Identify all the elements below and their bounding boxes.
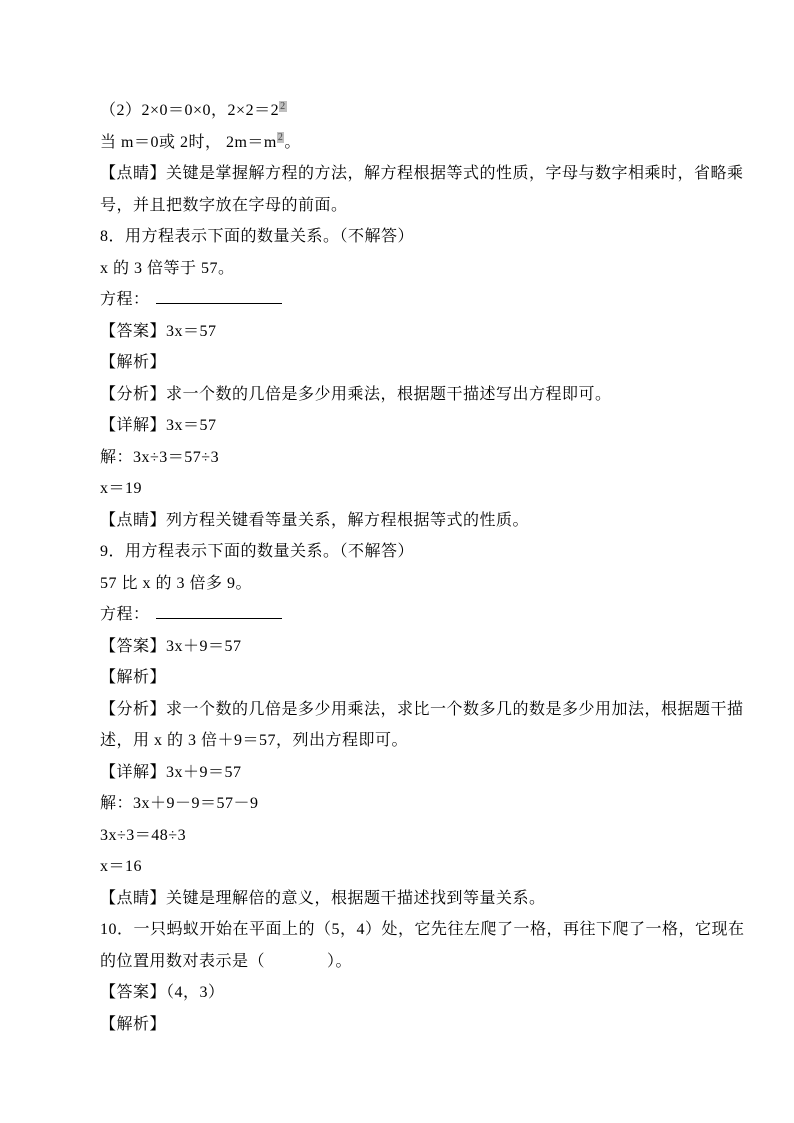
dianjing-note-line-1: 【点睛】关键是掌握解方程的方法，解方程根据等式的性质，字母与数字相乘时，省略乘	[100, 158, 700, 190]
question-9-solution-result: x＝16	[100, 851, 700, 883]
question-8-fenxi: 【分析】求一个数的几倍是多少用乘法，根据题干描述写出方程即可。	[100, 379, 700, 411]
equation-label: 方程：	[100, 606, 150, 623]
document-page: （2）2×0＝0×0，2×2＝22 当 m＝0或 2时， 2m＝m2。 【点睛】…	[100, 95, 700, 1040]
question-10-text-pre: 的位置用数对表示是（	[100, 953, 265, 970]
question-9-solution-step-1: 解：3x＋9－9＝57－9	[100, 788, 700, 820]
question-9-statement: 57 比 x 的 3 倍多 9。	[100, 568, 700, 600]
question-9-equation-blank-line: 方程：	[100, 599, 700, 631]
equation-label: 方程：	[100, 291, 150, 308]
sub-answer-formula-line: （2）2×0＝0×0，2×2＝22	[100, 95, 700, 127]
question-10-title-line-1: 10．一只蚂蚁开始在平面上的（5，4）处，它先往左爬了一格，再往下爬了一格，它现…	[100, 914, 700, 946]
conclusion-text: 当 m＝0或 2时， 2m＝m	[100, 134, 277, 151]
question-8-dianjing: 【点睛】列方程关键看等量关系，解方程根据等式的性质。	[100, 505, 700, 537]
question-9-dianjing: 【点睛】关键是理解倍的意义，根据题干描述找到等量关系。	[100, 883, 700, 915]
conclusion-period: 。	[284, 134, 301, 151]
dianjing-note-line-2: 号，并且把数字放在字母的前面。	[100, 190, 700, 222]
question-8-answer: 【答案】3x＝57	[100, 316, 700, 348]
question-8-equation-blank-line: 方程：	[100, 284, 700, 316]
formula-text: （2）2×0＝0×0，2×2＝2	[100, 102, 279, 119]
question-8-title: 8．用方程表示下面的数量关系。（不解答）	[100, 221, 700, 253]
fill-in-blank	[156, 289, 282, 304]
question-10-jiexi-header: 【解析】	[100, 1009, 700, 1041]
conclusion-line: 当 m＝0或 2时， 2m＝m2。	[100, 127, 700, 159]
question-8-statement: x 的 3 倍等于 57。	[100, 253, 700, 285]
question-8-solution-step: 解：3x÷3＝57÷3	[100, 442, 700, 474]
question-10-text-post: ）。	[327, 953, 352, 970]
question-9-title: 9．用方程表示下面的数量关系。（不解答）	[100, 536, 700, 568]
question-10-answer: 【答案】（4，3）	[100, 977, 700, 1009]
question-8-xiangjie: 【详解】3x＝57	[100, 410, 700, 442]
question-8-solution-result: x＝19	[100, 473, 700, 505]
question-9-solution-step-2: 3x÷3＝48÷3	[100, 820, 700, 852]
question-9-fenxi-line-2: 述，用 x 的 3 倍＋9＝57，列出方程即可。	[100, 725, 700, 757]
question-9-jiexi-header: 【解析】	[100, 662, 700, 694]
question-9-answer: 【答案】3x＋9＝57	[100, 631, 700, 663]
question-9-fenxi-line-1: 【分析】求一个数的几倍是多少用乘法，求比一个数多几的数是多少用加法，根据题干描	[100, 694, 700, 726]
question-8-jiexi-header: 【解析】	[100, 347, 700, 379]
fill-in-blank	[156, 604, 282, 619]
question-10-title-line-2: 的位置用数对表示是（）。	[100, 946, 700, 978]
superscript-field: 2	[279, 101, 287, 112]
question-9-xiangjie: 【详解】3x＋9＝57	[100, 757, 700, 789]
answer-parentheses-gap	[265, 965, 327, 966]
